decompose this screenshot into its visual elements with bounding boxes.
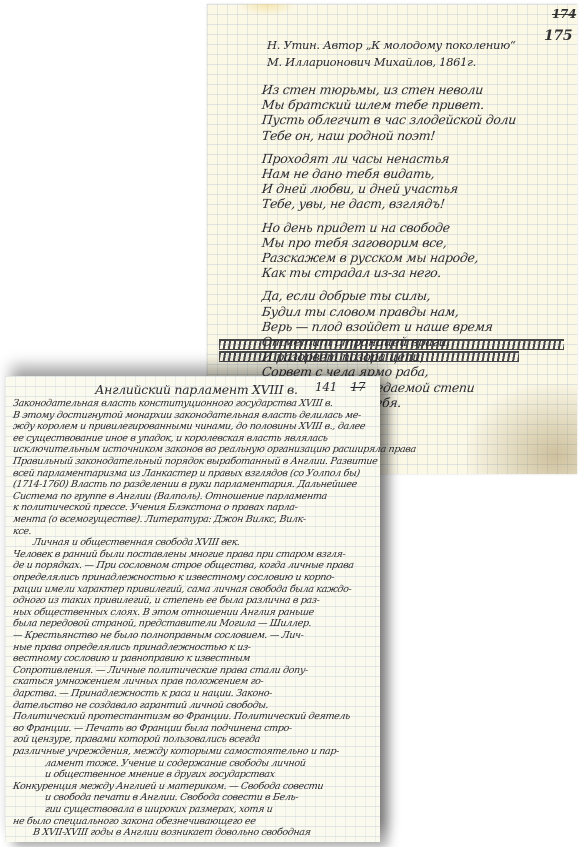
notes-line: и свобода печати в Англии. Свобода совес… [44,792,299,803]
notes-line: одного из таких привилегий, и степень ее… [12,595,320,606]
poem-line: И дней любви, и дней участья [261,181,459,196]
notes-line: ксе. [12,526,32,537]
struck-out-line [219,351,519,362]
notes-line: вестному сословию и равноправию к извест… [12,653,250,664]
notes-line: Система по группе в Англии (Валполь). От… [12,491,327,502]
page-number: 141 17 [315,380,365,394]
notes-line: к политической прессе. Учения Блэкстона … [12,502,298,513]
notes-line: ных общественных слоях. В этом отношении… [12,607,314,618]
notes-line: (1714-1760) Власть по разделении в руки … [12,479,357,490]
notes-line: Личная и общественная свобода XVIII век. [32,537,240,548]
notes-line: не было специального закона обезнечивающ… [12,816,256,827]
poem-line: Тебе, увы, не даст, взглядъ! [261,196,445,211]
notes-line: всей парламентаризма из Ланкастер и прав… [12,468,360,479]
page-number-struck: 174 [552,7,576,21]
notes-line: ные права определялись принадлежностью к… [12,642,251,653]
notes-line: Политический протестантизм во Франции. П… [12,711,350,722]
page-number-value: 141 [315,380,337,394]
poem-line: Проходят ли часы ненастья [261,151,450,166]
page-number-struck: 17 [351,380,366,394]
notes-title: Английский парламент XVIII в. [95,382,298,397]
poem-line: Как ты страдал из-за него. [261,265,442,280]
poem-line: Но день придет и на свободе [261,220,450,235]
notes-line: жду королем и привилегированными чинами,… [12,421,366,432]
poem-header-line: Н. Утин. Автор „К молодому поколению“ [267,38,516,52]
notes-line: различные учреждения, между которыми сам… [12,746,339,757]
notes-line: во Франции. — Печать во Франции была под… [12,723,292,734]
poem-line: Мы братский шлем тебе привет. [261,97,485,112]
poem-line: Мы про тебя заговорим все, [261,235,447,250]
notes-line: определялись принадлежностью к известном… [12,572,335,583]
notes-line: и общественное мнение в других государст… [44,769,275,780]
notes-line: де и порядках. — При сословном строе общ… [12,560,354,571]
notes-line: Конкуренция между Англией и материком. —… [12,781,324,792]
notes-line: скаться умножением личных прав положение… [12,676,264,687]
notes-line: Человек в ранний были поставлены многие … [12,549,346,560]
notes-line: дательство не создавало гарантий личной … [12,700,269,711]
poem-line: Нам не дано тебя видать, [261,166,435,181]
poem-line: Пусть облегчит в час злодейской доли [261,112,517,127]
notes-line: Сопротивления. — Личные политические пра… [12,665,308,676]
notes-line: рации имели характер привилегий, сама ли… [12,584,352,595]
notes-line: исключительным источником законов во реа… [12,444,416,455]
poem-line: Тебе он, наш родной поэт! [261,128,436,143]
poem-line: Да, если добрые ты силы, [261,288,431,303]
notes-line: — Крестьянство не было полноправным сосл… [12,630,304,641]
page-number: 175 [544,28,572,44]
poem-line: Разскажем в русском мы народе, [261,250,479,265]
notes-line: В этому достигнутой монархии законодател… [12,410,361,421]
notes-line: ламент тоже. Учение и содержание свободы… [44,758,306,769]
paper-stain [237,4,297,16]
poem-line: Будил ты словом правды нам, [261,304,459,319]
notes-line: была передовой страной, представители Мо… [12,618,312,629]
notes-line: гии существовала в широких размерах, хот… [44,804,273,815]
manuscript-page-lecture-notes: Английский парламент XVIII в. 141 17 Зак… [5,376,380,842]
notes-line: Законодательная власть конституционного … [12,398,333,409]
poem-line: Из стен тюрьмы, из стен неволи [261,82,484,97]
notes-line: Правильный законодательный порядок выраб… [12,456,378,467]
notes-line: гой цензуре, правами которой пользовалис… [12,734,260,745]
notes-line: ее существование иное в упадок, и короле… [12,433,328,444]
notes-line: дарства. — Принадлежность к раса и нации… [12,688,272,699]
poem-line: Верь — плод взойдет и наше время [261,319,493,334]
poem-header-line: М. Илларионович Михайлов, 1861г. [267,55,476,69]
notes-line: В XVII-XVIII годы в Англии возникает дов… [32,827,311,838]
paper-stain [467,384,577,474]
notes-line: мента (о всемогуществе). Литература: Джо… [12,514,306,525]
struck-out-line [219,339,564,350]
